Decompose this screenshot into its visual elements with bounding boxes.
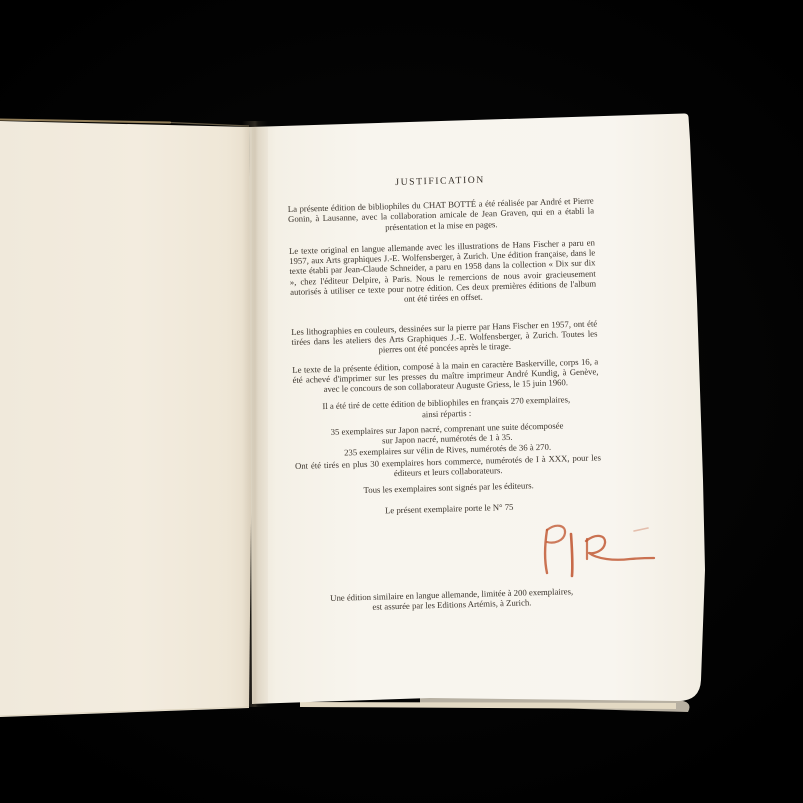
paragraph-signes: Tous les exemplaires sont signés par les… — [296, 478, 602, 497]
handwritten-mark — [520, 513, 680, 598]
gutter-curve-shading — [252, 128, 268, 704]
paragraph-tirage: Il a été tiré de cette édition de biblio… — [293, 394, 599, 423]
under-page-edge — [300, 702, 676, 709]
paragraph-lithographies: Les lithographies en couleurs, dessinées… — [291, 318, 598, 357]
paragraph-edition: La présente édition de bibliophiles du C… — [288, 195, 595, 234]
paragraph-impression: Le texte de la présente édition, composé… — [292, 356, 599, 395]
paragraph-texte-original: Le texte original en langue allemande av… — [289, 237, 597, 307]
book-photo: JUSTIFICATION La présente édition de bib… — [0, 0, 803, 803]
left-page — [0, 121, 252, 717]
